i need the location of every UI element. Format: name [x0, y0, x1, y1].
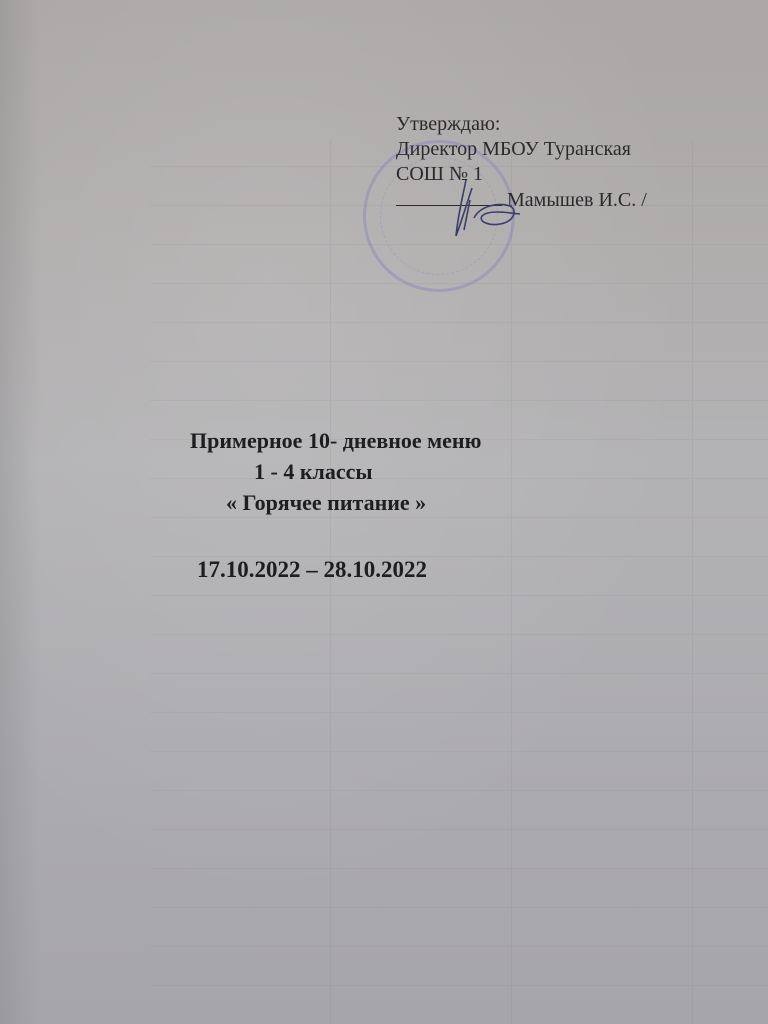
menu-program: « Горячее питание » — [226, 490, 426, 516]
approval-heading: Утверждаю: — [396, 112, 647, 137]
menu-grades: 1 - 4 классы — [254, 459, 373, 485]
approval-position: Директор МБОУ Туранская — [396, 137, 647, 162]
menu-title: Примерное 10- дневное меню — [190, 428, 481, 454]
document-page: Утверждаю: Директор МБОУ Туранская СОШ №… — [0, 0, 768, 1024]
menu-date-range: 17.10.2022 – 28.10.2022 — [197, 557, 427, 583]
handwritten-signature-icon — [448, 170, 528, 242]
page-shadow — [0, 0, 40, 1024]
